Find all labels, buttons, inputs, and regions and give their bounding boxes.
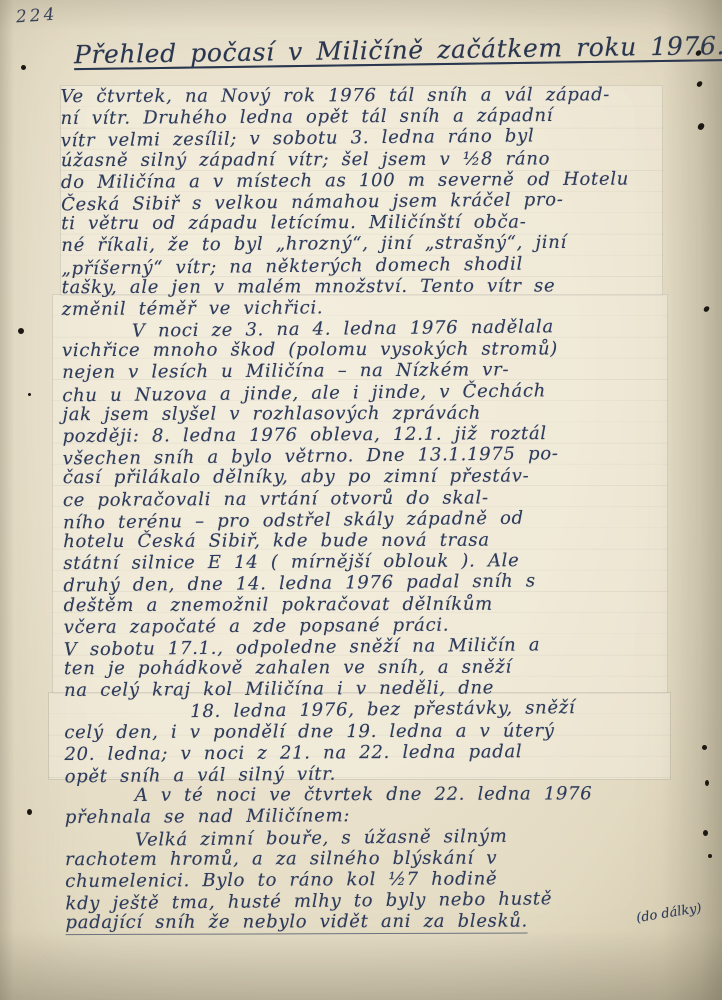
manuscript-lines: Ve čtvrtek, na Nový rok 1976 tál sníh a … (60, 83, 715, 934)
handwritten-line: úžasně silný západní vítr; šel jsem v ½8… (61, 147, 711, 170)
page-number: 224 (15, 5, 58, 28)
handwritten-line: hotelu Česká Sibiř, kde bude nová trasa (63, 529, 713, 552)
ink-speck (702, 745, 707, 750)
ink-speck (703, 830, 708, 836)
handwritten-line: vichřice mnoho škod (polomu vysokých str… (62, 338, 712, 361)
ink-speck (28, 393, 31, 396)
handwritten-line: tašky, ale jen v malém množství. Tento v… (62, 275, 712, 298)
handwritten-line: A v té noci ve čtvrtek dne 22. ledna 197… (65, 783, 715, 806)
handwritten-line: celý den, i v pondělí dne 19. ledna a v … (64, 719, 714, 742)
handwritten-line: rachotem hromů, a za silného blýskání v (65, 847, 715, 870)
handwritten-line: Ve čtvrtek, na Nový rok 1976 tál sníh a … (60, 84, 710, 107)
ink-speck (705, 780, 709, 786)
handwritten-line: jak jsem slyšel v rozhlasových zprávách (62, 402, 712, 425)
page-title: Přehled počasí v Miličíně začátkem roku … (74, 32, 674, 69)
handwritten-line: deštěm a znemožnil pokračovat dělníkům (64, 592, 714, 615)
handwritten-line: padající sníh že nebylo vidět ani za ble… (65, 910, 715, 933)
handwritten-line: časí přilákalo dělníky, aby po zimní pře… (63, 465, 713, 488)
ink-speck (708, 854, 712, 858)
handwritten-line: ten je pohádkově zahalen ve sníh, a sněž… (64, 656, 714, 679)
binding-hole-dot (18, 328, 24, 334)
binding-hole-dot (21, 65, 26, 70)
handwritten-line: ti větru od západu letícímu. Miličínští … (61, 211, 711, 234)
manuscript-body: Ve čtvrtek, na Nový rok 1976 tál sníh a … (60, 83, 715, 934)
binding-hole-dot (27, 809, 32, 815)
manuscript-page: 224 Přehled počasí v Miličíně začátkem r… (0, 0, 722, 1000)
